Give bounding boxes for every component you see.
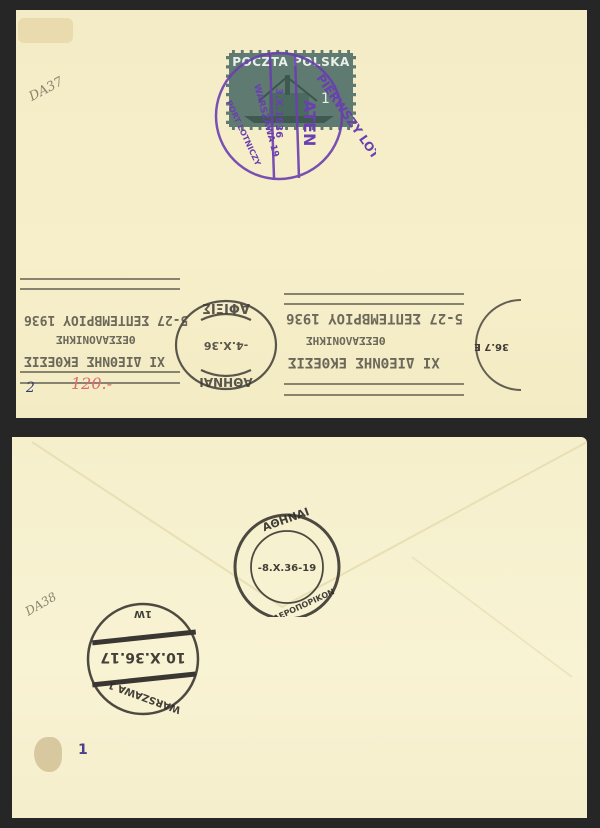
price-note: 120.- — [71, 374, 112, 393]
svg-text:36.7 E: 36.7 E — [474, 341, 509, 352]
svg-text:PIERWSZY LOT: PIERWSZY LOT — [314, 72, 376, 162]
annotation-number: 2 — [26, 380, 35, 396]
slogan-line-2: ΘΕΣΣΑΛΟΝΙΚΗΣ — [306, 334, 385, 347]
stain — [18, 18, 73, 43]
partial-postmark: 36.7 E — [471, 295, 531, 395]
corner-mark: 1 — [78, 742, 88, 758]
first-flight-cachet: PIERWSZY LOT ATEN WARSZAWA 19 3.X.1936 P… — [196, 50, 376, 185]
slogan-line-3: 5-27 ΣΕΠΤΕΜΒΡΙΟΥ 1936 — [286, 310, 463, 326]
slogan-fragment-3: XI ΔΙΕΘΝΗΣ ΕΚΘΕΣΙΣ — [24, 353, 165, 368]
svg-text:1W: 1W — [134, 608, 152, 619]
svg-text:ATEN: ATEN — [300, 100, 319, 146]
svg-text:WARSZAWA 1: WARSZAWA 1 — [107, 679, 183, 716]
slogan-fragment-2: ΘΕΣΣΑΛΟΝΙΚΗΣ — [56, 333, 135, 346]
svg-text:ΑΘΗΝΑΙ: ΑΘΗΝΑΙ — [199, 375, 252, 389]
svg-text:3.X.1936: 3.X.1936 — [273, 88, 284, 138]
svg-text:ΑΘΗΝΑΙ: ΑΘΗΝΑΙ — [261, 507, 311, 534]
svg-text:10.X.36.17: 10.X.36.17 — [100, 649, 185, 665]
svg-text:ΑΦΙΞΙΣ: ΑΦΙΞΙΣ — [202, 300, 250, 315]
athens-arrival-postmark: ΑΘΗΝΑΙ -8.X.36-19 ΑΦΙΞΙΣ ΑΕΡΟΠΟΡΙΚΟΝ — [217, 507, 357, 617]
pencil-reference: DA37 — [27, 74, 66, 104]
stain — [34, 737, 62, 772]
postcard-front: DA37 POCZTA POLSKA 1 PIERWSZY LOT ATEN W… — [16, 10, 587, 418]
svg-text:-8.X.36-19: -8.X.36-19 — [258, 563, 316, 574]
athens-machine-postmark: ΑΦΙΞΙΣ ΑΘΗΝΑΙ -4.X.36 — [166, 290, 286, 400]
warsaw-postmark: 10.X.36.17 WARSZAWA 1 1W — [80, 597, 210, 722]
envelope-back: DA38 ΑΘΗΝΑΙ -8.X.36-19 ΑΦΙΞΙΣ ΑΕΡΟΠΟΡΙΚΟ… — [12, 437, 587, 818]
svg-text:-4.X.36: -4.X.36 — [203, 339, 248, 352]
slogan-fragment-1: 5-27 ΣΕΠΤΕΜΒΡΙΟΥ 1936 — [24, 312, 188, 327]
slogan-line-1: XI ΔΙΕΘΝΗΣ ΕΚΘΕΣΙΣ — [288, 354, 440, 370]
